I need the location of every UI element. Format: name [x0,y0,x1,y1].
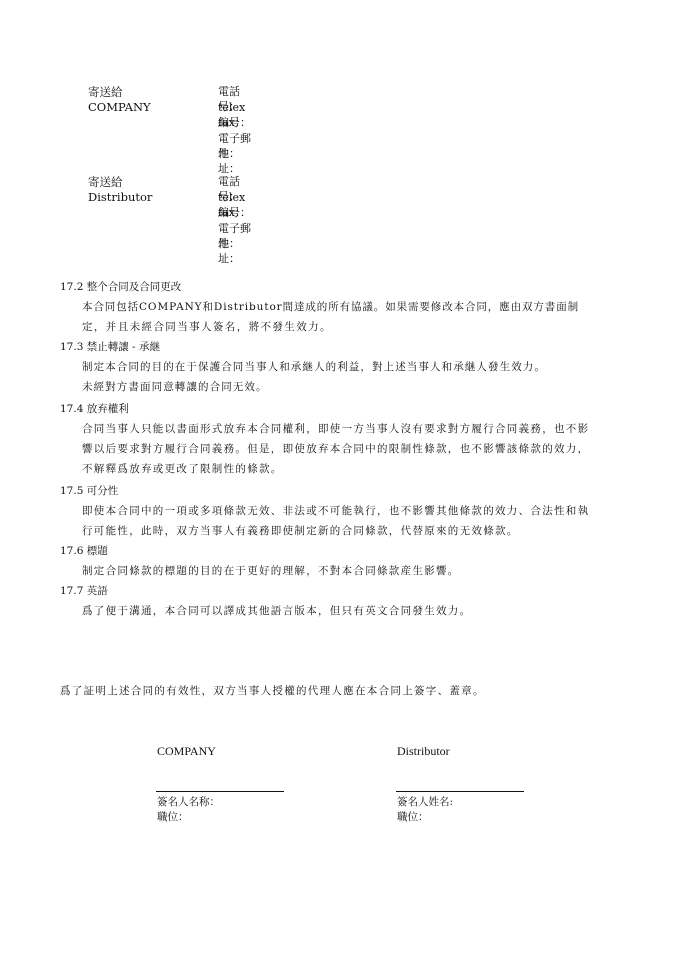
clause-text-line: 不解釋爲放弃或更改了限制性的條款。 [82,462,630,476]
clause-text-line: 未經對方書面同意轉讓的合同无效。 [82,380,630,394]
phone-field-label: 電話号： [218,174,251,190]
contact-label: 寄送給COMPANY [88,84,151,114]
signer-name-label: 簽名人姓名: [397,795,453,809]
witness-statement: 爲了証明上述合同的有效性，双方当事人授權的代理人應在本合同上簽字、蓋章。 [60,684,485,698]
address-field-label: 地 址： [218,236,251,252]
clause-text-line: 制定本合同的目的在于保護合同当事人和承継人的利益，對上述当事人和承継人發生效力。 [82,360,630,374]
clause-heading-17-2: 17.2 整个合同及合同更改 [60,280,181,294]
email-field-label: 電子郵件： [218,221,251,237]
clause-text-line: 定，并且未經合同当事人簽名，將不發生效力。 [82,320,630,334]
address-field-label: 地 址： [218,146,251,162]
signature-line-distributor [396,791,524,792]
signature-block-distributor: Distributor [397,744,450,759]
contact-fields: 電話号： telex編号： fax： 電子郵件： 地 址： [218,174,251,252]
clause-heading-17-3: 17.3 禁止轉讓 - 承継 [60,340,160,354]
clause-text-line: 即使本合同中的一項或多項條款无效、非法或不可能執行，也不影響其他條款的效力、合法… [82,504,630,518]
clause-heading-17-5: 17.5 可分性 [60,484,118,498]
signature-block-company: COMPANY [157,744,216,759]
clause-text-line: 行可能性，此時，双方当事人有義務即使制定新的合同條款，代替原來的无效條款。 [82,524,630,538]
phone-field-label: 電話号： [218,84,251,100]
clause-text-line: 本合同包括COMPANY和Distributor間達成的所有協議。如果需要修改本… [82,300,630,314]
signature-party-name: Distributor [397,744,450,759]
signature-party-name: COMPANY [157,744,216,759]
telex-field-label: telex編号： [218,190,251,206]
signer-position-label: 職位： [397,810,429,824]
clause-heading-17-4: 17.4 放弃權利 [60,402,129,416]
telex-field-label: telex編号： [218,100,251,116]
clause-heading-17-6: 17.6 標題 [60,544,108,558]
clause-text-line: 響以后要求對方履行合同義務。但是，即使放弃本合同中的限制性條款，也不影響該條款的… [82,442,630,456]
clause-text-line: 爲了便于溝通，本合同可以譯成其他語言版本，但只有英文合同發生效力。 [82,604,630,618]
email-field-label: 電子郵件： [218,131,251,147]
clause-text-line: 制定合同條款的標題的目的在于更好的理解，不對本合同條款産生影響。 [82,564,630,578]
signer-position-label: 職位： [157,810,189,824]
clause-text-line: 合同当事人只能以書面形式放弃本合同權利，即使一方当事人沒有要求對方履行合同義務，… [82,422,630,436]
contact-label: 寄送給Distributor [88,174,152,204]
contact-fields: 電話号： telex編号： fax： 電子郵件： 地 址： [218,84,251,162]
clause-heading-17-7: 17.7 英語 [60,584,108,598]
signer-name-label: 簽名人名称： [157,795,220,809]
signature-line-company [156,791,284,792]
document-page: 寄送給COMPANY 電話号： telex編号： fax： 電子郵件： 地 址：… [0,0,680,962]
